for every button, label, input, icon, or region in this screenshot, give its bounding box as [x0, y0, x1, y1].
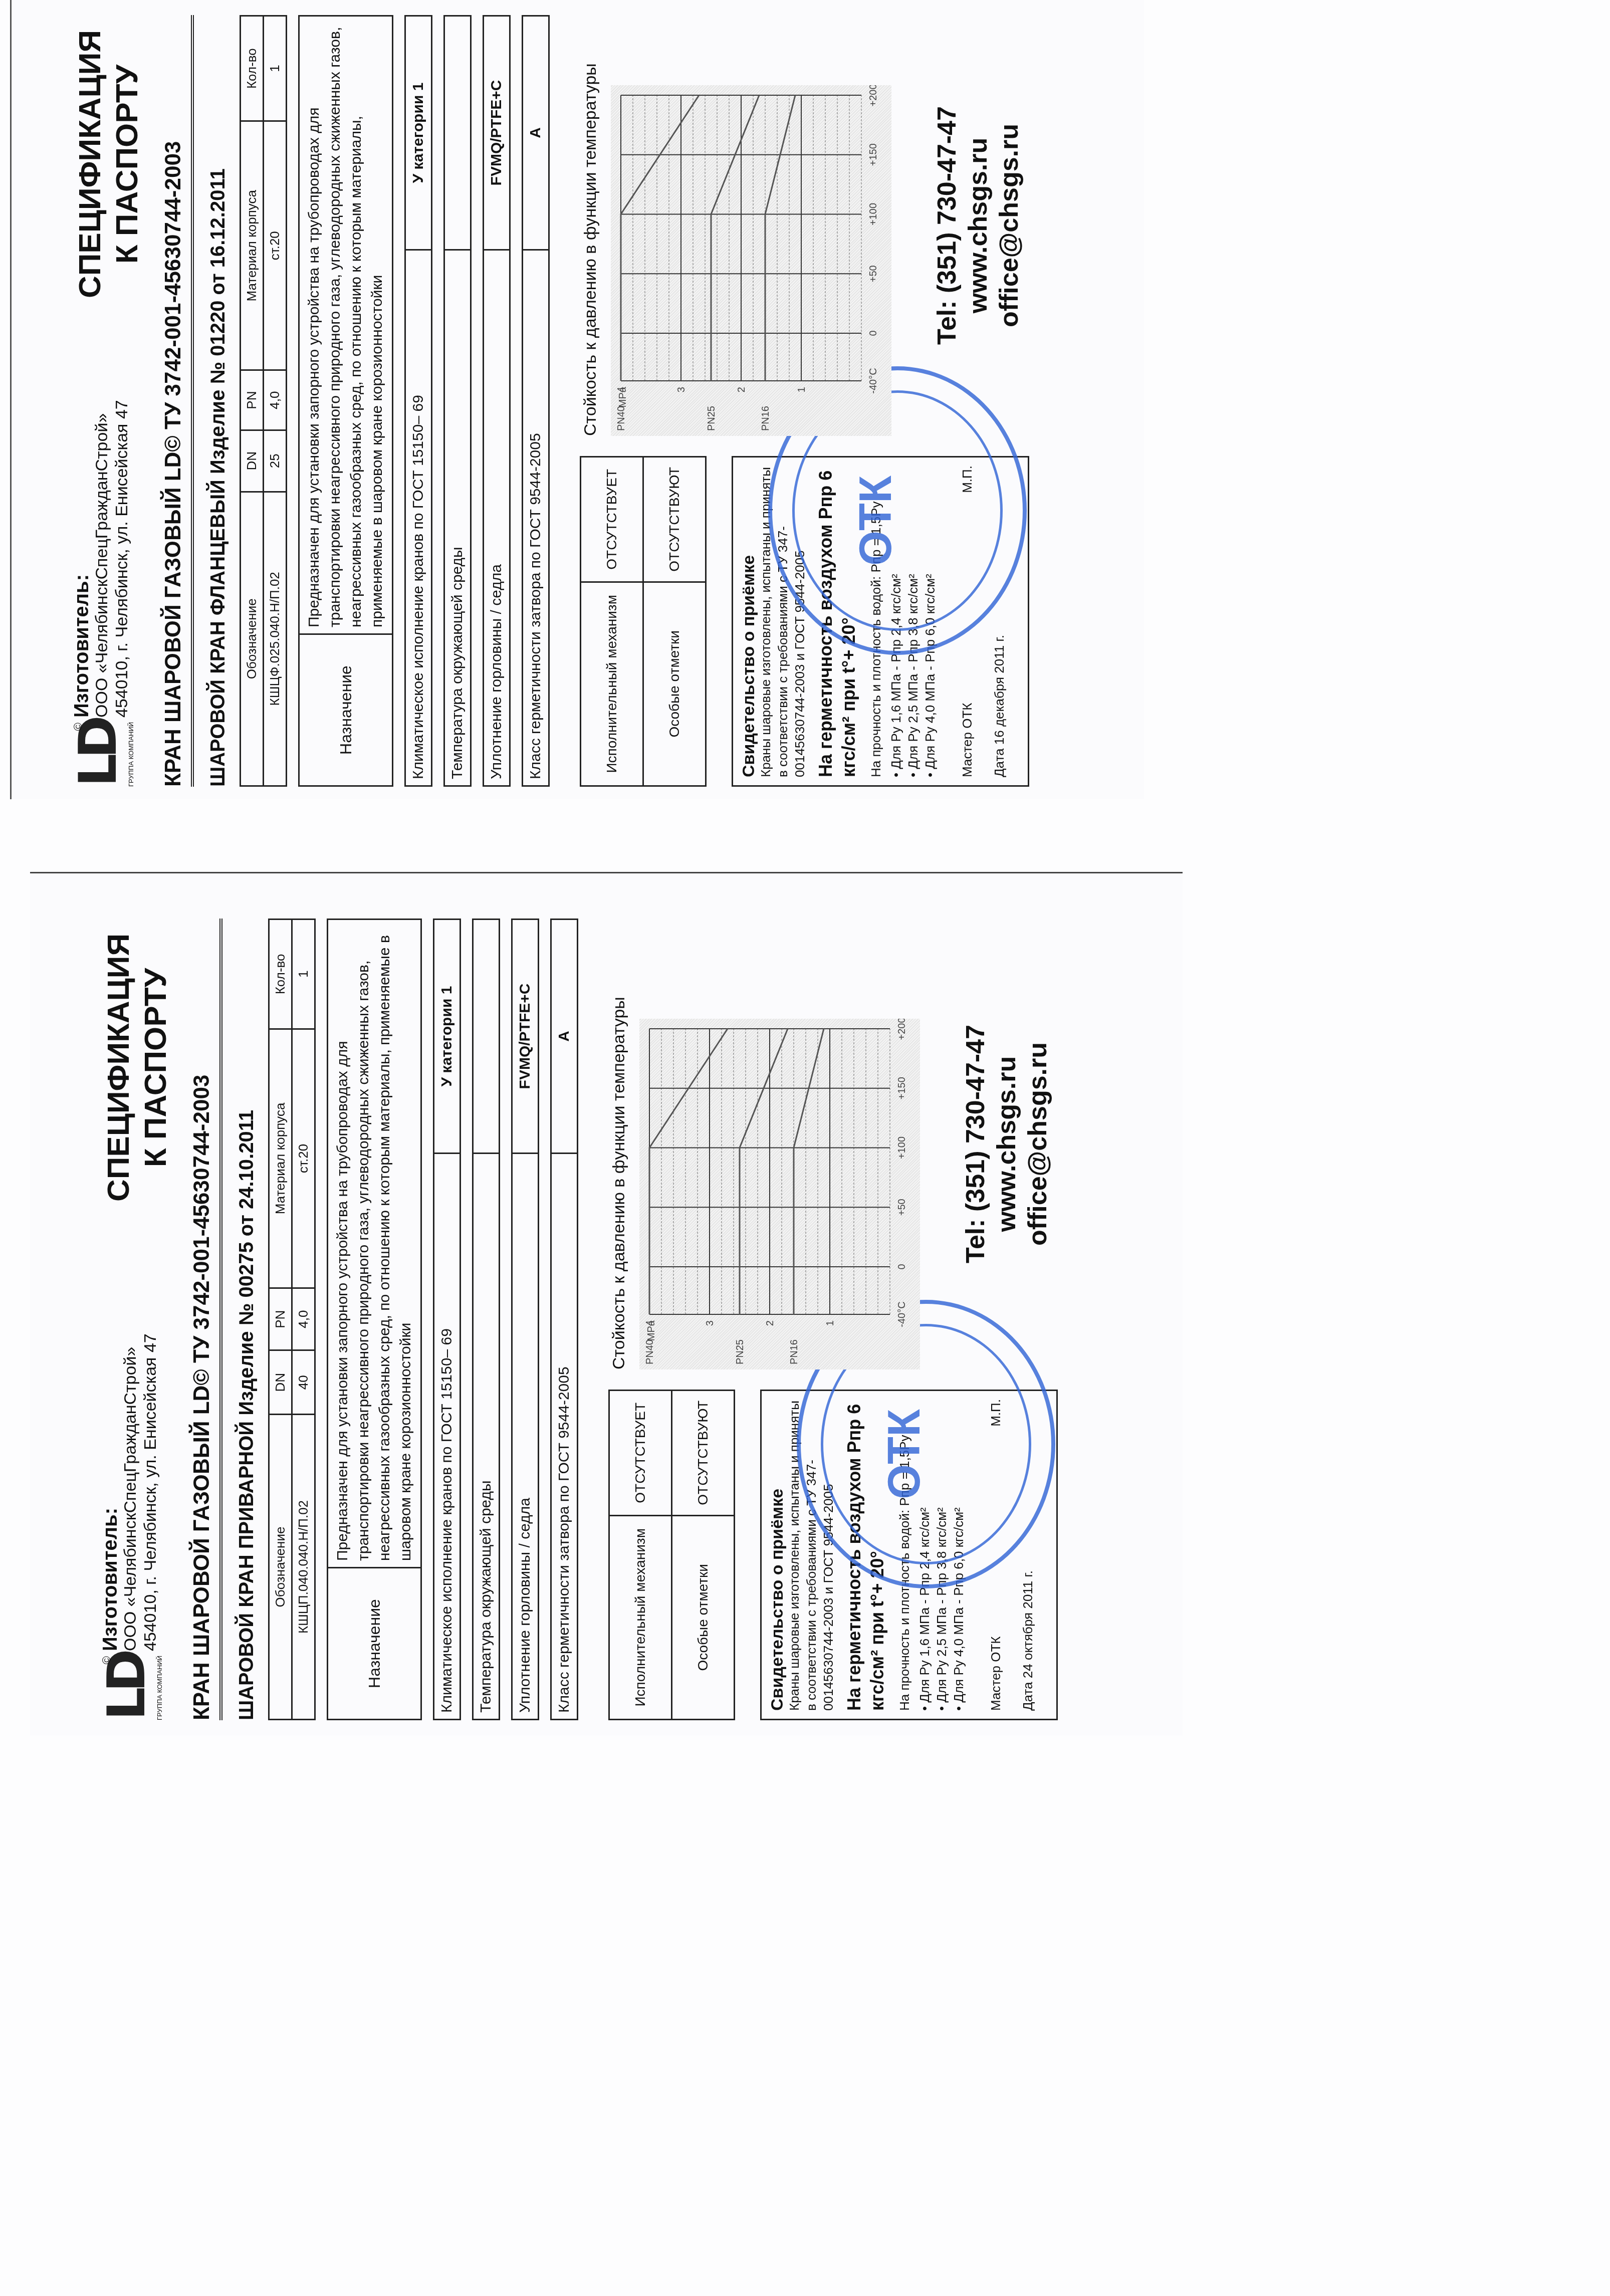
property-row: Класс герметичности затвора по ГОСТ 9544… — [550, 919, 578, 1720]
svg-text:+150: +150 — [868, 143, 879, 166]
document-header: LD© ГРУППА КОМПАНИЙ Изготовитель: ООО «Ч… — [72, 15, 146, 787]
svg-text:PN40: PN40 — [644, 1339, 655, 1364]
svg-text:MPa: MPa — [646, 1320, 657, 1341]
svg-text:0: 0 — [868, 330, 879, 336]
ld-logo: LD© ГРУППА КОМПАНИЙ — [72, 727, 132, 787]
spec-title: СПЕЦИФИКАЦИЯК ПАСПОРТУ — [72, 30, 146, 298]
actuator-table: Исполнительный механизмОТСУТСТВУЕТ Особы… — [580, 456, 707, 787]
svg-text:2: 2 — [736, 387, 747, 392]
svg-text:PN25: PN25 — [735, 1339, 746, 1364]
pressure-temperature-chart: -40°C0+50+100+150+2001234MPaPN40PN25PN16 — [639, 1019, 920, 1369]
property-row: Климатическое исполнение кранов по ГОСТ … — [404, 15, 432, 787]
contacts: Tel: (351) 730-47-47www.chsgs.ruoffice@c… — [960, 919, 1053, 1369]
svg-text:+50: +50 — [868, 265, 879, 282]
svg-text:+200: +200 — [868, 85, 879, 107]
product-title: ШАРОВОЙ КРАН ФЛАНЦЕВЫЙ Изделие № 01220 о… — [207, 15, 229, 787]
manufacturer-block: Изготовитель: ООО «ЧелябинскСпецГражданС… — [100, 1333, 160, 1651]
svg-text:-40°C: -40°C — [868, 368, 879, 393]
acceptance-certificate: Свидетельство о приёмке Краны шаровые из… — [732, 456, 1029, 787]
document-header: LD© ГРУППА КОМПАНИЙ Изготовитель: ООО «Ч… — [100, 919, 174, 1720]
pressure-temperature-chart: -40°C0+50+100+150+2001234MPaPN40PN25PN16 — [611, 85, 891, 436]
acceptance-certificate: Свидетельство о приёмке Краны шаровые из… — [760, 1390, 1058, 1720]
property-row: Климатическое исполнение кранов по ГОСТ … — [433, 919, 461, 1720]
svg-text:+200: +200 — [896, 1019, 907, 1040]
property-row: Уплотнение горловины / седлаFVMQ/PTFE+C — [511, 919, 539, 1720]
chart-title: Стойкость к давлению в функции температу… — [608, 919, 629, 1369]
svg-text:PN16: PN16 — [760, 406, 771, 431]
svg-text:+150: +150 — [896, 1077, 907, 1099]
svg-text:PN25: PN25 — [706, 406, 717, 431]
manufacturer-block: Изготовитель: ООО «ЧелябинскСпецГражданС… — [72, 400, 132, 718]
property-rows: Климатическое исполнение кранов по ГОСТ … — [433, 919, 578, 1720]
specification-document: LD© ГРУППА КОМПАНИЙ Изготовитель: ООО «Ч… — [95, 919, 1188, 1720]
chart-title: Стойкость к давлению в функции температу… — [580, 15, 601, 436]
table-row: КШЦП.040.040.Н/П.02404,0ст.201 — [292, 920, 315, 1720]
svg-text:2: 2 — [765, 1320, 776, 1326]
property-row: Класс герметичности затвора по ГОСТ 9544… — [522, 15, 550, 787]
main-title: КРАН ШАРОВОЙ ГАЗОВЫЙ LD© ТУ 3742-001-456… — [161, 15, 194, 787]
svg-text:MPa: MPa — [617, 386, 628, 407]
table-row: КШЦФ.025.040.Н/П.02254,0ст.201 — [264, 16, 287, 786]
property-row: Температура окружающей среды — [472, 919, 500, 1720]
svg-text:1: 1 — [796, 387, 807, 392]
svg-text:+100: +100 — [896, 1136, 907, 1159]
table-header-row: ОбозначениеDNPNМатериал корпусаКол-во — [269, 920, 292, 1720]
svg-text:0: 0 — [896, 1264, 907, 1269]
property-rows: Климатическое исполнение кранов по ГОСТ … — [404, 15, 550, 787]
svg-text:1: 1 — [825, 1320, 836, 1326]
svg-text:-40°C: -40°C — [896, 1301, 907, 1327]
table-header-row: ОбозначениеDNPNМатериал корпусаКол-во — [241, 16, 264, 786]
document-sheet-2: LD© ГРУППА КОМПАНИЙ Изготовитель: ООО «Ч… — [30, 872, 1183, 1735]
main-title: КРАН ШАРОВОЙ ГАЗОВЫЙ LD© ТУ 3742-001-456… — [189, 919, 222, 1720]
product-title: ШАРОВОЙ КРАН ПРИВАРНОЙ Изделие № 00275 о… — [236, 919, 258, 1720]
svg-text:3: 3 — [676, 387, 687, 392]
document-sheet-1: LD© ГРУППА КОМПАНИЙ Изготовитель: ООО «Ч… — [10, 0, 1144, 799]
actuator-table: Исполнительный механизмОТСУТСТВУЕТ Особы… — [608, 1390, 735, 1720]
product-table: ОбозначениеDNPNМатериал корпусаКол-во КШ… — [268, 919, 316, 1720]
svg-text:+50: +50 — [896, 1199, 907, 1216]
product-table: ОбозначениеDNPNМатериал корпусаКол-во КШ… — [240, 15, 287, 787]
purpose-row: Назначение Предназначен для установки за… — [298, 15, 393, 787]
ld-logo: LD© ГРУППА КОМПАНИЙ — [100, 1660, 160, 1720]
svg-text:PN40: PN40 — [616, 406, 627, 431]
svg-text:+100: +100 — [868, 203, 879, 225]
svg-text:3: 3 — [705, 1320, 716, 1326]
specification-document: LD© ГРУППА КОМПАНИЙ Изготовитель: ООО «Ч… — [67, 15, 1159, 787]
property-row: Уплотнение горловины / седлаFVMQ/PTFE+C — [483, 15, 511, 787]
spec-title: СПЕЦИФИКАЦИЯК ПАСПОРТУ — [100, 934, 174, 1202]
svg-text:PN16: PN16 — [789, 1339, 800, 1364]
property-row: Температура окружающей среды — [443, 15, 472, 787]
purpose-row: Назначение Предназначен для установки за… — [327, 919, 422, 1720]
contacts: Tel: (351) 730-47-47www.chsgs.ruoffice@c… — [932, 15, 1025, 436]
